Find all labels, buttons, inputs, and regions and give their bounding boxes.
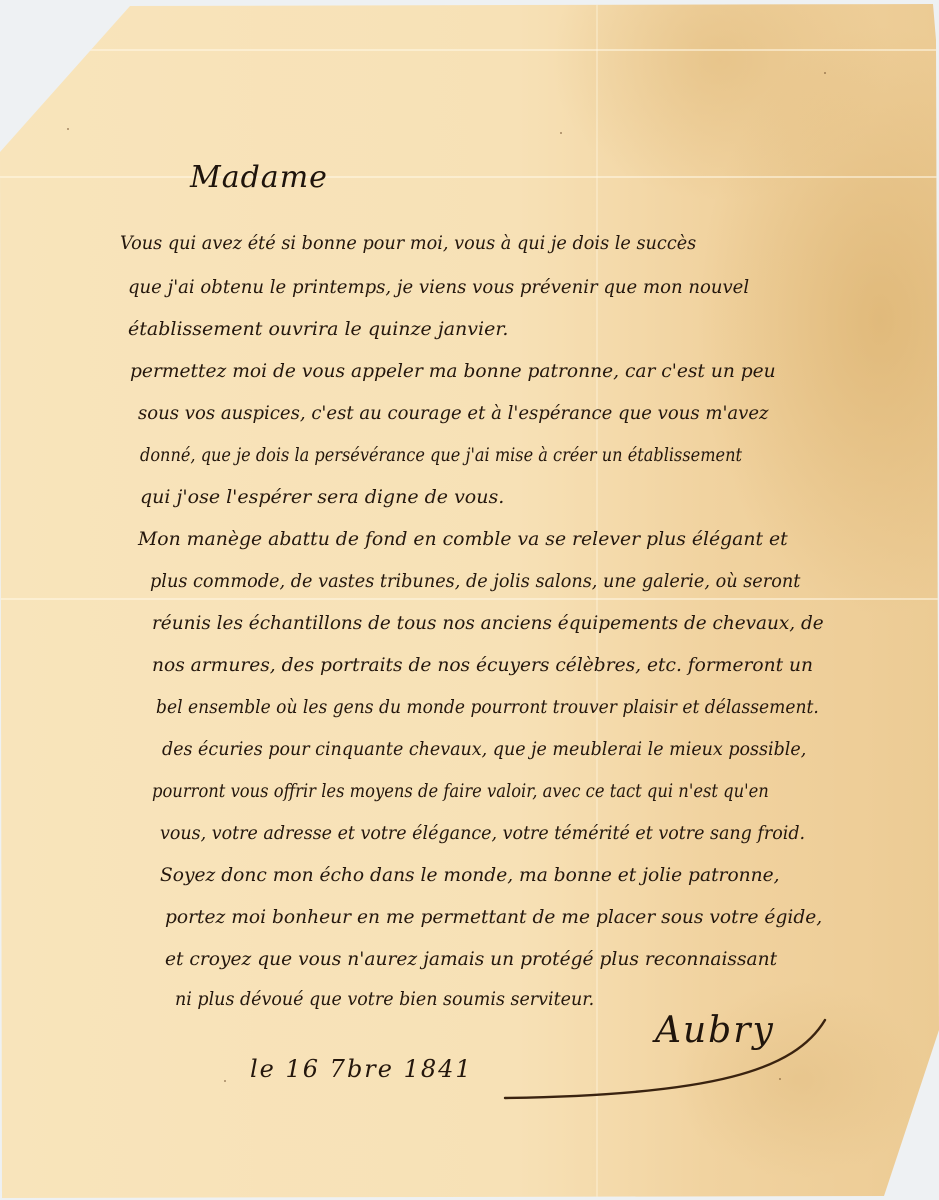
letter-line: pourront vous offrir les moyens de faire… [152,780,769,802]
letter-salutation: Madame [190,160,328,195]
letter-line: Soyez donc mon écho dans le monde, ma bo… [160,864,780,886]
letter-line: qui j'ose l'espérer sera digne de vous. [140,486,504,508]
letter-line: établissement ouvrira le quinze janvier. [128,318,508,340]
letter-line: et croyez que vous n'aurez jamais un pro… [165,948,777,970]
letter-line: Vous qui avez été si bonne pour moi, vou… [120,232,696,254]
fold-crease [0,598,939,600]
letter-line: bel ensemble où les gens du monde pourro… [156,696,819,718]
letter-line: sous vos auspices, c'est au courage et à… [138,402,769,424]
paper-speck [560,132,562,134]
letter-line: Mon manège abattu de fond en comble va s… [138,528,788,550]
fold-crease [0,49,939,51]
letter-line: donné, que je dois la persévérance que j… [140,444,742,466]
letter-line: nos armures, des portraits de nos écuyer… [152,654,813,676]
signature-flourish [495,1010,845,1110]
paper-speck [824,72,826,74]
letter-line: portez moi bonheur en me permettant de m… [165,906,822,928]
letter-line: réunis les échantillons de tous nos anci… [152,612,824,634]
letter-line: permettez moi de vous appeler ma bonne p… [130,360,776,382]
paper-speck [67,128,69,130]
paper-speck [224,1080,226,1082]
letter-line: que j'ai obtenu le printemps, je viens v… [128,276,749,298]
letter-paper: Madame Vous qui avez été si bonne pour m… [0,0,939,1200]
letter-line: des écuries pour cinquante chevaux, que … [162,738,806,760]
letter-line: vous, votre adresse et votre élégance, v… [160,822,805,844]
letter-date: le 16 7bre 1841 [250,1055,473,1083]
letter-line: ni plus dévoué que votre bien soumis ser… [175,988,594,1010]
letter-line: plus commode, de vastes tribunes, de jol… [150,570,800,592]
fold-crease [0,176,939,178]
